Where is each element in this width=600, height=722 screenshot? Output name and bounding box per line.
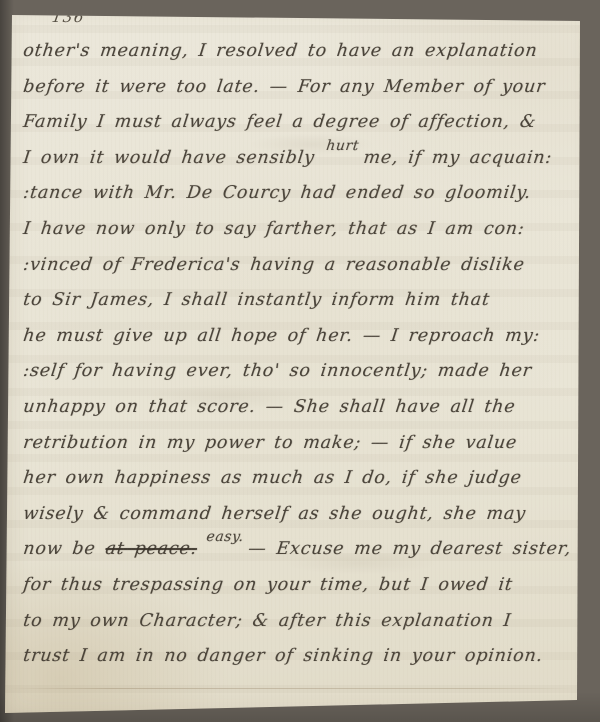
manuscript-line: :vinced of Frederica's having a reasonab… [21,248,581,284]
manuscript-line: :self for having ever, tho' so innocentl… [21,354,581,390]
line-text: me, if my acquain: [362,148,553,168]
page-number: 136 [51,8,87,26]
manuscript-line: her own happiness as much as I do, if sh… [21,461,581,497]
manuscript-line: before it were too late. — For any Membe… [21,70,581,106]
manuscript-line: now beat peace.easy.— Excuse me my deare… [21,532,581,568]
manuscript-line: other's meaning, I resolved to have an e… [21,34,581,70]
manuscript-line: trust I am in no danger of sinking in yo… [21,639,581,675]
line-text: now be [22,539,97,559]
line-text: — Excuse me my dearest sister, [247,539,572,559]
manuscript-line: to Sir James, I shall instantly inform h… [21,283,581,319]
manuscript-page: 136 other's meaning, I resolved to have … [0,0,600,722]
manuscript-line: retribution in my power to make; — if sh… [21,426,581,462]
manuscript-line: he must give up all hope of her. — I rep… [21,319,581,355]
manuscript-line: unhappy on that score. — She shall have … [21,390,581,426]
manuscript-line: wisely & command herself as she ought, s… [21,497,581,533]
struck-out-text: at peace. [104,539,198,559]
manuscript-line: I have now only to say farther, that as … [21,212,581,248]
manuscript-line: for thus trespassing on your time, but I… [21,568,581,604]
manuscript-line: to my own Character; & after this explan… [21,604,581,640]
paper-crease [10,688,574,689]
manuscript-line: I own it would have sensiblyhurtme, if m… [21,141,581,177]
manuscript-line: Family I must always feel a degree of af… [21,105,581,141]
inserted-word: easy. [205,529,244,545]
scan-background: 136 other's meaning, I resolved to have … [0,0,600,722]
manuscript-line: :tance with Mr. De Courcy had ended so g… [21,176,581,212]
inserted-word: hurt [325,138,360,154]
line-text: I own it would have sensibly [22,148,316,168]
manuscript-text: other's meaning, I resolved to have an e… [21,34,577,675]
